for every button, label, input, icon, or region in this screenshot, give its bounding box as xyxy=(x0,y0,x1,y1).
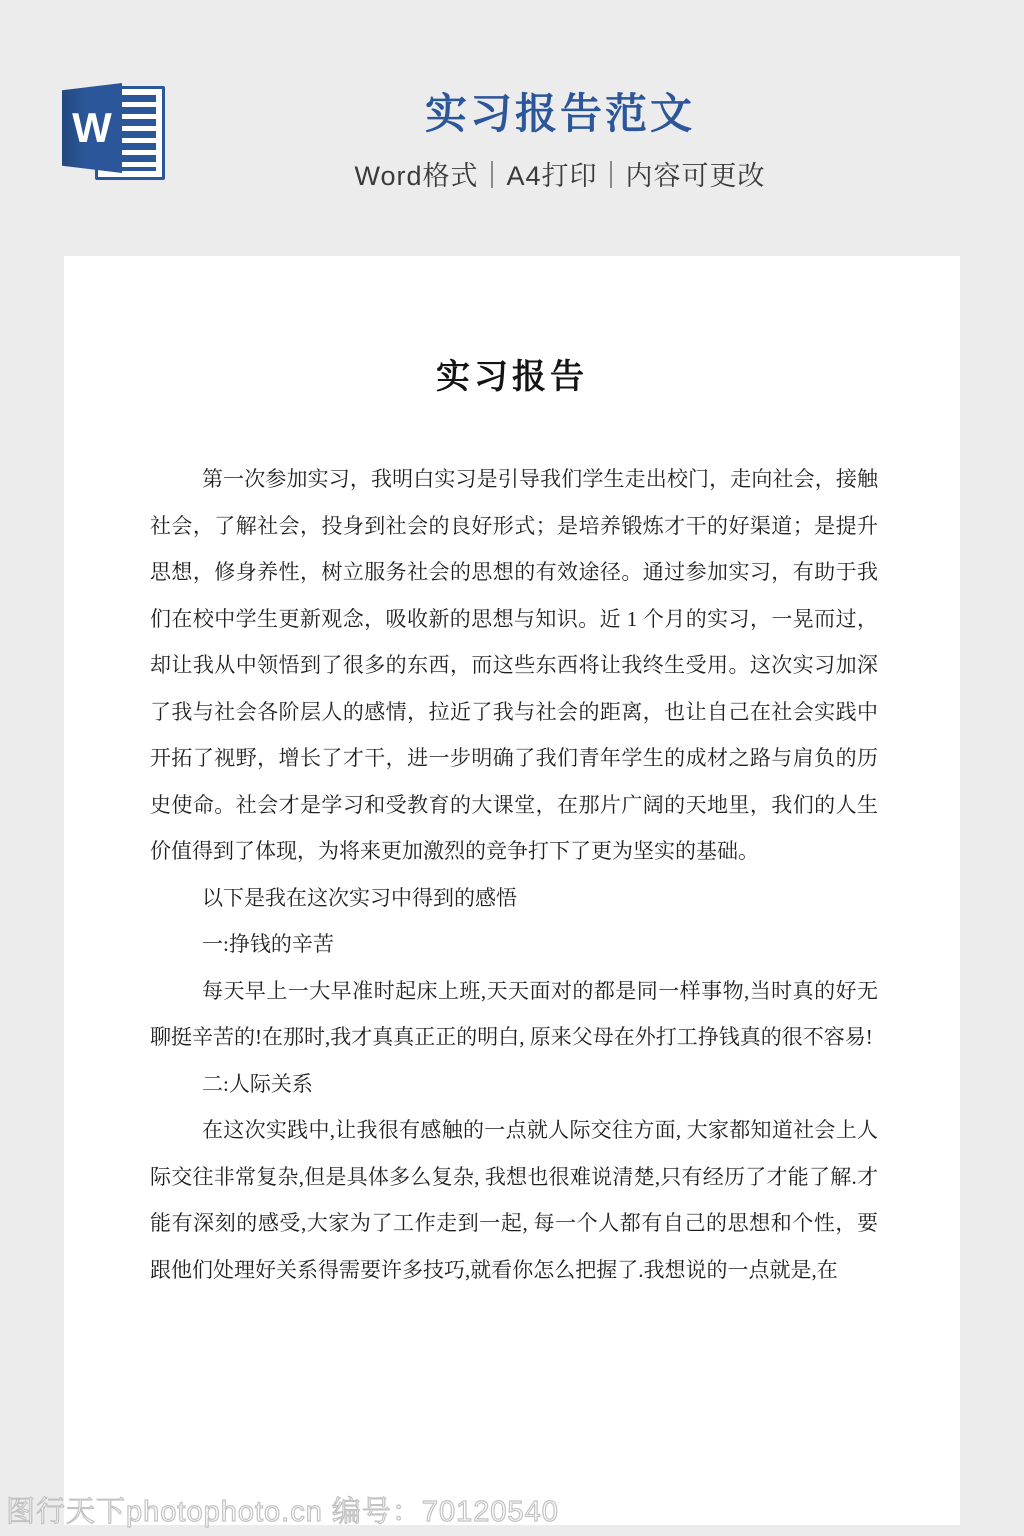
template-title: 实习报告范文 xyxy=(96,90,1024,138)
document-title: 实习报告 xyxy=(64,356,960,400)
header-text-block: 实习报告范文 Word格式｜A4打印｜内容可更改 xyxy=(96,90,1024,193)
document-body: 第一次参加实习，我明白实习是引导我们学生走出校门，走向社会，接触社会，了解社会，… xyxy=(150,456,878,1293)
body-paragraph-lead-in: 以下是我在这次实习中得到的感悟 xyxy=(150,875,878,922)
page-background: { "window": { "width": 1024, "height": 1… xyxy=(0,0,1024,1536)
body-paragraph-money: 每天早上一大早准时起床上班,天天面对的都是同一样事物,当时真的好无聊挺辛苦的!在… xyxy=(150,968,878,1061)
body-paragraph-intro: 第一次参加实习，我明白实习是引导我们学生走出校门，走向社会，接触社会，了解社会，… xyxy=(150,456,878,875)
document-page: 实习报告 第一次参加实习，我明白实习是引导我们学生走出校门，走向社会，接触社会，… xyxy=(64,256,960,1525)
template-subtitle: Word格式｜A4打印｜内容可更改 xyxy=(96,154,1024,193)
body-heading-one: 一:挣钱的辛苦 xyxy=(150,921,878,968)
body-paragraph-relations: 在这次实践中,让我很有感触的一点就人际交往方面, 大家都知道社会上人际交往非常复… xyxy=(150,1107,878,1293)
template-header: W 实习报告范文 Word格式｜A4打印｜内容可更改 xyxy=(0,0,1024,256)
body-heading-two: 二:人际关系 xyxy=(150,1061,878,1108)
site-watermark: 图行天下photophoto.cn 编号：70120540 xyxy=(6,1489,559,1530)
